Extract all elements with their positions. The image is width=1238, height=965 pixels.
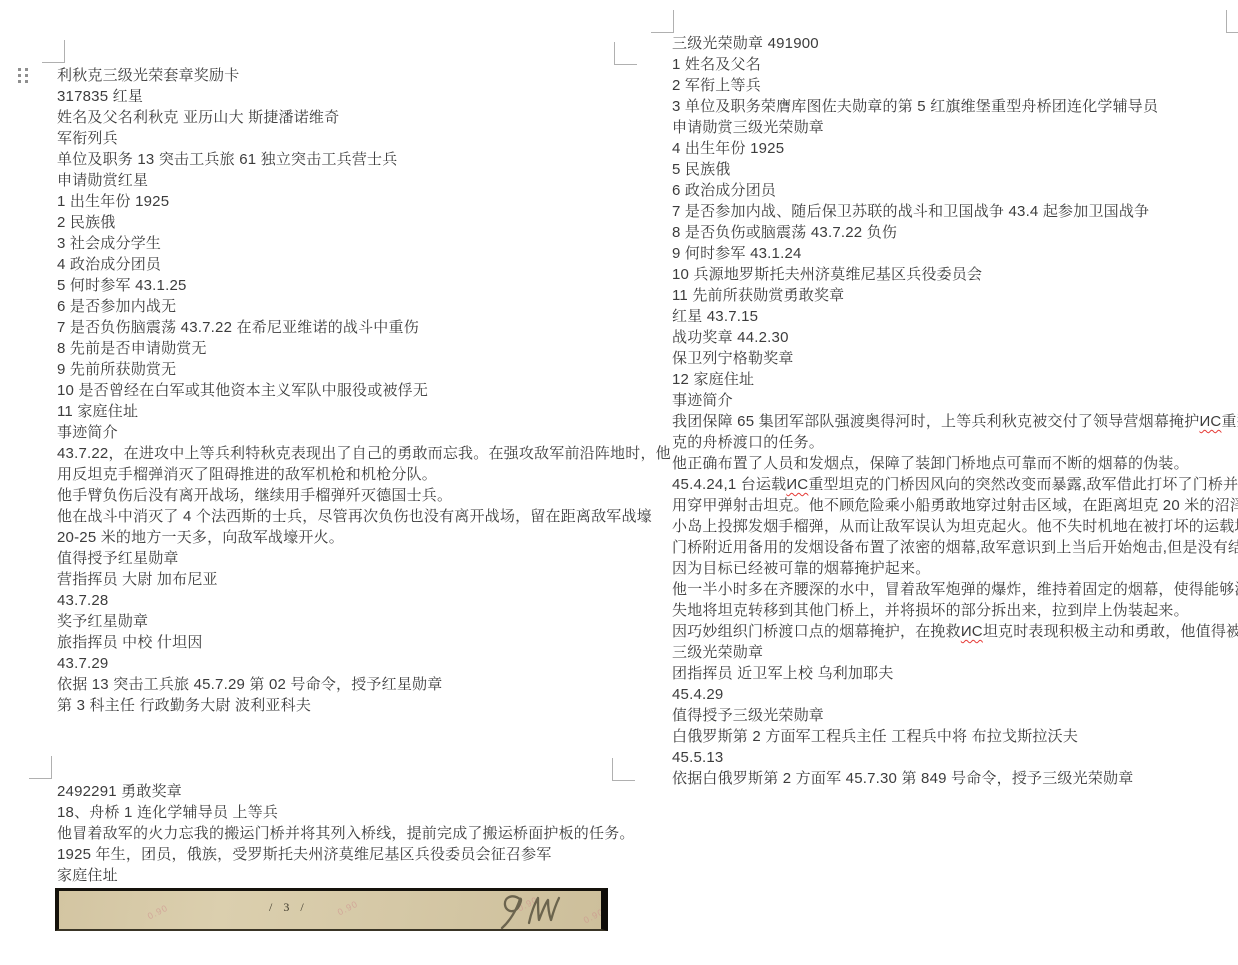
text-line: 依据白俄罗斯第 2 方面军 45.7.30 第 849 号命令，授予三级光荣勋章	[672, 768, 1238, 789]
left-page-section-2: 2492291 勇敢奖章18、舟桥 1 连化学辅导员 上等兵他冒着敌军的火力忘我…	[57, 781, 632, 886]
text-line: 8 是否负伤或脑震荡 43.7.22 负伤	[672, 222, 1238, 243]
scan-watermark: 0.90	[336, 899, 360, 918]
text-line: 18、舟桥 1 连化学辅导员 上等兵	[57, 802, 632, 823]
text-line: 旅指挥员 中校 什坦因	[57, 632, 632, 653]
text-line: 申请勋赏三级光荣勋章	[672, 117, 1238, 138]
text-line: 申请勋赏红星	[57, 170, 632, 191]
text-line: 3 社会成分学生	[57, 233, 632, 254]
text-line: 他手臂负伤后没有离开战场，继续用手榴弹歼灭德国士兵。	[57, 485, 632, 506]
text-line: 事迹简介	[57, 422, 632, 443]
text-line: 9 何时参军 43.1.24	[672, 243, 1238, 264]
text-line: 2 军衔上等兵	[672, 75, 1238, 96]
text-line: 2 民族俄	[57, 212, 632, 233]
text-line: 门桥附近用备用的发烟设备布置了浓密的烟幕,敌军意识到上当后开始炮击,但是没有结果…	[672, 537, 1238, 558]
text-line: 他一半小时多在齐腰深的水中，冒着敌军炮弹的爆炸，维持着固定的烟幕，使得能够没有损	[672, 579, 1238, 600]
text-line: 白俄罗斯第 2 方面军工程兵主任 工程兵中将 布拉戈斯拉沃夫	[672, 726, 1238, 747]
text-line: 7 是否负伤脑震荡 43.7.22 在希尼亚维诺的战斗中重伤	[57, 317, 632, 338]
text-line: 10 兵源地罗斯托夫州济莫维尼基区兵役委员会	[672, 264, 1238, 285]
text-line: 43.7.29	[57, 653, 632, 674]
text-line: 10 是否曾经在白军或其他资本主义军队中服役或被俘无	[57, 380, 632, 401]
text-line: 我团保障 65 集团军部队强渡奥得河时，上等兵利秋克被交付了领导营烟幕掩护ИС重…	[672, 411, 1238, 432]
text-line: 事迹简介	[672, 390, 1238, 411]
text-line: 6 是否参加内战无	[57, 296, 632, 317]
text-line: 8 先前是否申请勋赏无	[57, 338, 632, 359]
page-corner-mark	[612, 758, 635, 781]
text-line: 他正确布置了人员和发烟点，保障了装卸门桥地点可靠而不断的烟幕的伪装。	[672, 453, 1238, 474]
spellcheck-underline: ИС	[786, 476, 808, 493]
document-canvas: 利秋克三级光荣套章奖励卡317835 红星姓名及父名利秋克 亚历山大 斯捷潘诺维…	[0, 0, 1238, 965]
text-line: 奖予红星勋章	[57, 611, 632, 632]
text-line: 依据 13 突击工兵旅 45.7.29 第 02 号命令，授予红星勋章	[57, 674, 632, 695]
text-line: 1 姓名及父名	[672, 54, 1238, 75]
text-line: 11 家庭住址	[57, 401, 632, 422]
spellcheck-underline: ИС	[1199, 413, 1221, 430]
text-line: 第 3 科主任 行政勤务大尉 波利亚科夫	[57, 695, 632, 716]
scanned-document-image[interactable]: 0.90 0.90 0.90 0.90 / 3 /	[55, 888, 608, 931]
text-line: 军衔列兵	[57, 128, 632, 149]
text-line: 值得授予红星勋章	[57, 548, 632, 569]
text-line: 小岛上投掷发烟手榴弹，从而让敌军误认为坦克起火。他不失时机地在被打坏的运载坦克的	[672, 516, 1238, 537]
text-line: 1925 年生，团员，俄族，受罗斯托夫州济莫维尼基区兵役委员会征召参军	[57, 844, 632, 865]
left-page-section-1: 利秋克三级光荣套章奖励卡317835 红星姓名及父名利秋克 亚历山大 斯捷潘诺维…	[57, 65, 632, 716]
text-line: 保卫列宁格勒奖章	[672, 348, 1238, 369]
handwritten-signature-icon	[495, 891, 563, 931]
text-line: 他冒着敌军的火力忘我的搬运门桥并将其列入桥线，提前完成了搬运桥面护板的任务。	[57, 823, 632, 844]
text-line: 12 家庭住址	[672, 369, 1238, 390]
text-line: 1 出生年份 1925	[57, 191, 632, 212]
text-line: 战功奖章 44.2.30	[672, 327, 1238, 348]
text-line: 家庭住址	[57, 865, 632, 886]
text-line: 43.7.22，在进攻中上等兵利特秋克表现出了自己的勇敢而忘我。在强攻敌军前沿阵…	[57, 443, 632, 464]
text-line: 43.7.28	[57, 590, 632, 611]
scan-page-number: / 3 /	[269, 900, 308, 915]
text-line: 4 出生年份 1925	[672, 138, 1238, 159]
text-line: 45.4.29	[672, 684, 1238, 705]
text-line: 因为目标已经被可靠的烟幕掩护起来。	[672, 558, 1238, 579]
text-line: 3 单位及职务荣膺库图佐夫勋章的第 5 红旗维堡重型舟桥团连化学辅导员	[672, 96, 1238, 117]
text-line: 5 何时参军 43.1.25	[57, 275, 632, 296]
text-line: 9 先前所获勋赏无	[57, 359, 632, 380]
text-line: 4 政治成分团员	[57, 254, 632, 275]
text-line: 7 是否参加内战、随后保卫苏联的战斗和卫国战争 43.4 起参加卫国战争	[672, 201, 1238, 222]
text-line: 45.4.24,1 台运载ИС重型坦克的门桥因风向的突然改变而暴露,敌军借此打坏…	[672, 474, 1238, 495]
text-line: 20-25 米的地方一天多，向敌军战壕开火。	[57, 527, 632, 548]
text-line: 因巧妙组织门桥渡口点的烟幕掩护，在挽救ИС坦克时表现积极主动和勇敢，他值得被授予	[672, 621, 1238, 642]
text-line: 三级光荣勋章	[672, 642, 1238, 663]
drag-handle-icon[interactable]	[18, 68, 28, 83]
page-corner-mark	[614, 42, 637, 65]
text-line: 用穿甲弹射击坦克。他不顾危险乘小船勇敢地穿过射击区域，在距离坦克 20 米的沼泽…	[672, 495, 1238, 516]
page-corner-mark	[29, 756, 52, 779]
page-corner-mark	[651, 10, 674, 33]
text-line: 团指挥员 近卫军上校 乌利加耶夫	[672, 663, 1238, 684]
text-line: 11 先前所获勋赏勇敢奖章	[672, 285, 1238, 306]
page-corner-mark	[1226, 10, 1238, 33]
text-line: 失地将坦克转移到其他门桥上，并将损坏的部分拆出来，拉到岸上伪装起来。	[672, 600, 1238, 621]
text-line: 克的舟桥渡口的任务。	[672, 432, 1238, 453]
text-line: 值得授予三级光荣勋章	[672, 705, 1238, 726]
text-line: 5 民族俄	[672, 159, 1238, 180]
text-line: 用反坦克手榴弹消灭了阻碍推进的敌军机枪和机枪分队。	[57, 464, 632, 485]
text-line: 6 政治成分团员	[672, 180, 1238, 201]
text-line: 45.5.13	[672, 747, 1238, 768]
text-line: 三级光荣勋章 491900	[672, 33, 1238, 54]
scan-watermark: 0.90	[582, 907, 606, 926]
text-line: 利秋克三级光荣套章奖励卡	[57, 65, 632, 86]
text-line: 单位及职务 13 突击工兵旅 61 独立突击工兵营士兵	[57, 149, 632, 170]
text-line: 317835 红星	[57, 86, 632, 107]
page-corner-mark	[42, 40, 65, 63]
spellcheck-underline: ИС	[961, 623, 983, 640]
text-line: 他在战斗中消灭了 4 个法西斯的士兵，尽管再次负伤也没有离开战场，留在距离敌军战…	[57, 506, 632, 527]
scan-watermark: 0.90	[146, 903, 170, 922]
text-line: 2492291 勇敢奖章	[57, 781, 632, 802]
text-line: 姓名及父名利秋克 亚历山大 斯捷潘诺维奇	[57, 107, 632, 128]
text-line: 营指挥员 大尉 加布尼亚	[57, 569, 632, 590]
right-page-section: 三级光荣勋章 4919001 姓名及父名2 军衔上等兵3 单位及职务荣膺库图佐夫…	[672, 33, 1238, 789]
text-line: 红星 43.7.15	[672, 306, 1238, 327]
